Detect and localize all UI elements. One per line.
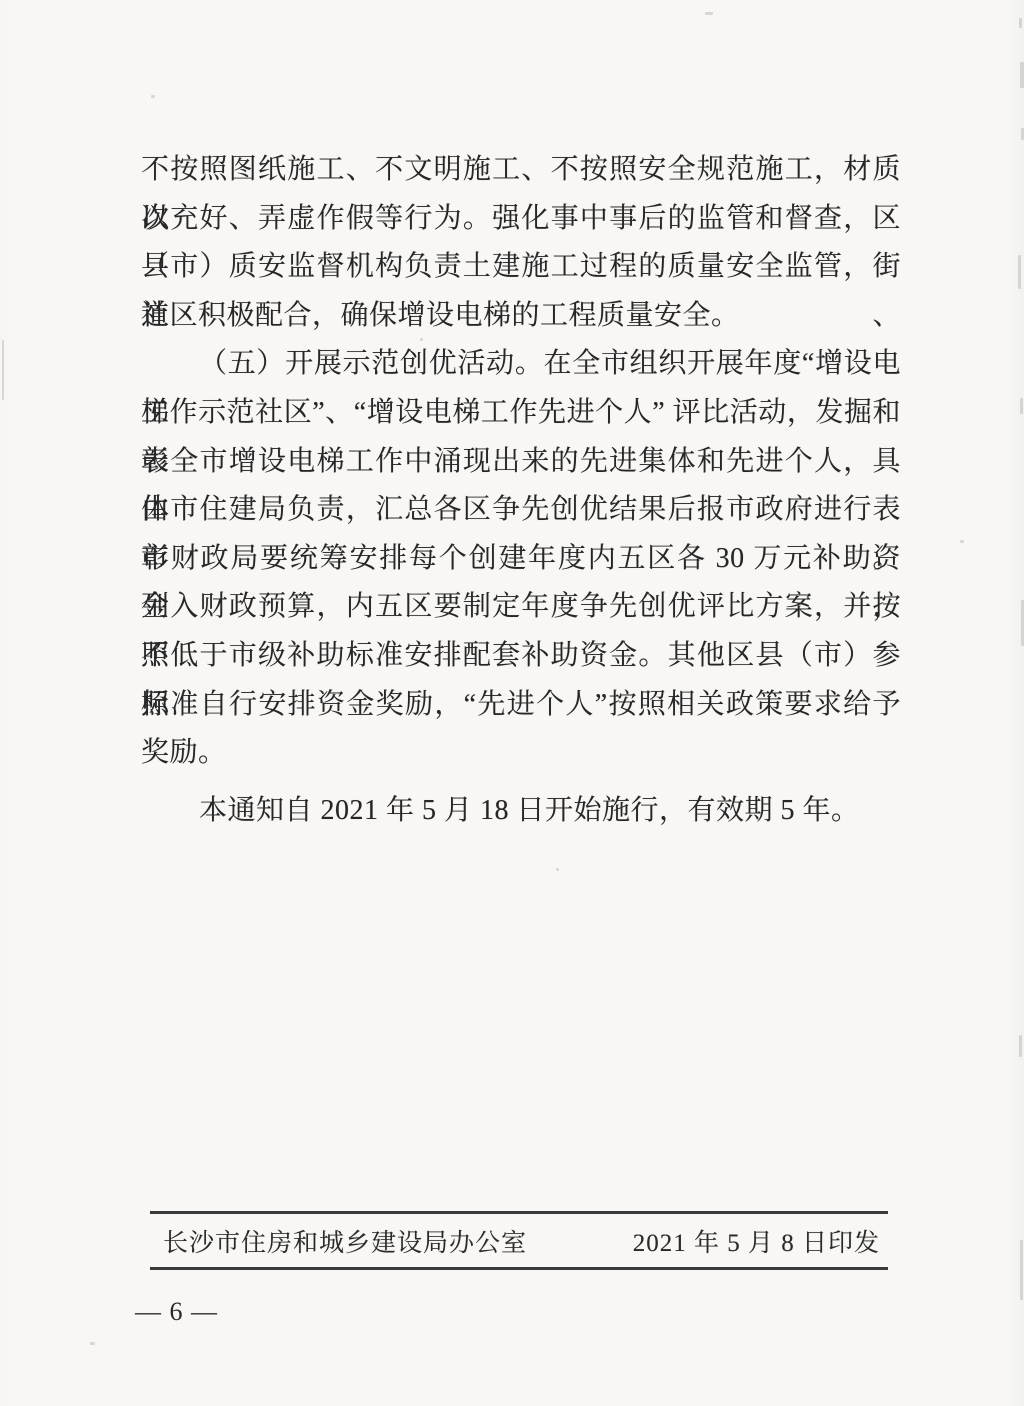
colophon-row: 长沙市住房和城乡建设局办公室 2021 年 5 月 8 日印发 bbox=[150, 1214, 888, 1267]
print-date: 2021 年 5 月 8 日印发 bbox=[633, 1223, 880, 1259]
document-body: 不按照图纸施工、不文明施工、不按照安全规范施工，材质以 次充好、弄虚作假等行为。… bbox=[141, 146, 901, 835]
body-line: 彰全市增设电梯工作中涌现出来的先进集体和先进个人，具体 bbox=[141, 438, 901, 487]
paragraph-item-five: （五）开展示范创优活动。在全市组织开展年度“增设电梯 工作示范社区”、“增设电梯… bbox=[141, 340, 901, 777]
body-line: 由市住建局负责，汇总各区争先创优结果后报市政府进行表彰。 bbox=[141, 486, 901, 535]
paragraph-continued: 不按照图纸施工、不文明施工、不按照安全规范施工，材质以 次充好、弄虚作假等行为。… bbox=[141, 146, 901, 340]
body-line: 市财政局要统筹安排每个创建年度内五区各 30 万元补助资金， bbox=[141, 535, 901, 584]
body-line: （市）质安监督机构负责土建施工过程的质量安全监管，街道、 bbox=[141, 243, 901, 292]
body-line: （五）开展示范创优活动。在全市组织开展年度“增设电梯 bbox=[141, 340, 901, 389]
body-line: 列入财政预算，内五区要制定年度争先创优评比方案，并按照 bbox=[141, 583, 901, 632]
document-page: 不按照图纸施工、不文明施工、不按照安全规范施工，材质以 次充好、弄虚作假等行为。… bbox=[0, 0, 1024, 1406]
paragraph-effective-date: 本通知自 2021 年 5 月 18 日开始施行，有效期 5 年。 bbox=[141, 787, 901, 836]
body-line: 标准自行安排资金奖励，“先进个人”按照相关政策要求给予 bbox=[141, 681, 901, 730]
issuer-name: 长沙市住房和城乡建设局办公室 bbox=[163, 1223, 527, 1259]
body-line: 次充好、弄虚作假等行为。强化事中事后的监管和督查，区县 bbox=[141, 195, 901, 244]
body-line: 不低于市级补助标准安排配套补助资金。其他区县（市）参照 bbox=[141, 632, 901, 681]
colophon-rule-bottom bbox=[150, 1267, 888, 1270]
body-line: 不按照图纸施工、不文明施工、不按照安全规范施工，材质以 bbox=[141, 146, 901, 195]
body-line: 奖励。 bbox=[141, 729, 901, 778]
body-line: 本通知自 2021 年 5 月 18 日开始施行，有效期 5 年。 bbox=[141, 787, 901, 836]
colophon: 长沙市住房和城乡建设局办公室 2021 年 5 月 8 日印发 bbox=[150, 1211, 888, 1270]
page-number: — 6 — bbox=[135, 1297, 218, 1327]
body-line: 工作示范社区”、“增设电梯工作先进个人” 评比活动，发掘和表 bbox=[141, 389, 901, 438]
